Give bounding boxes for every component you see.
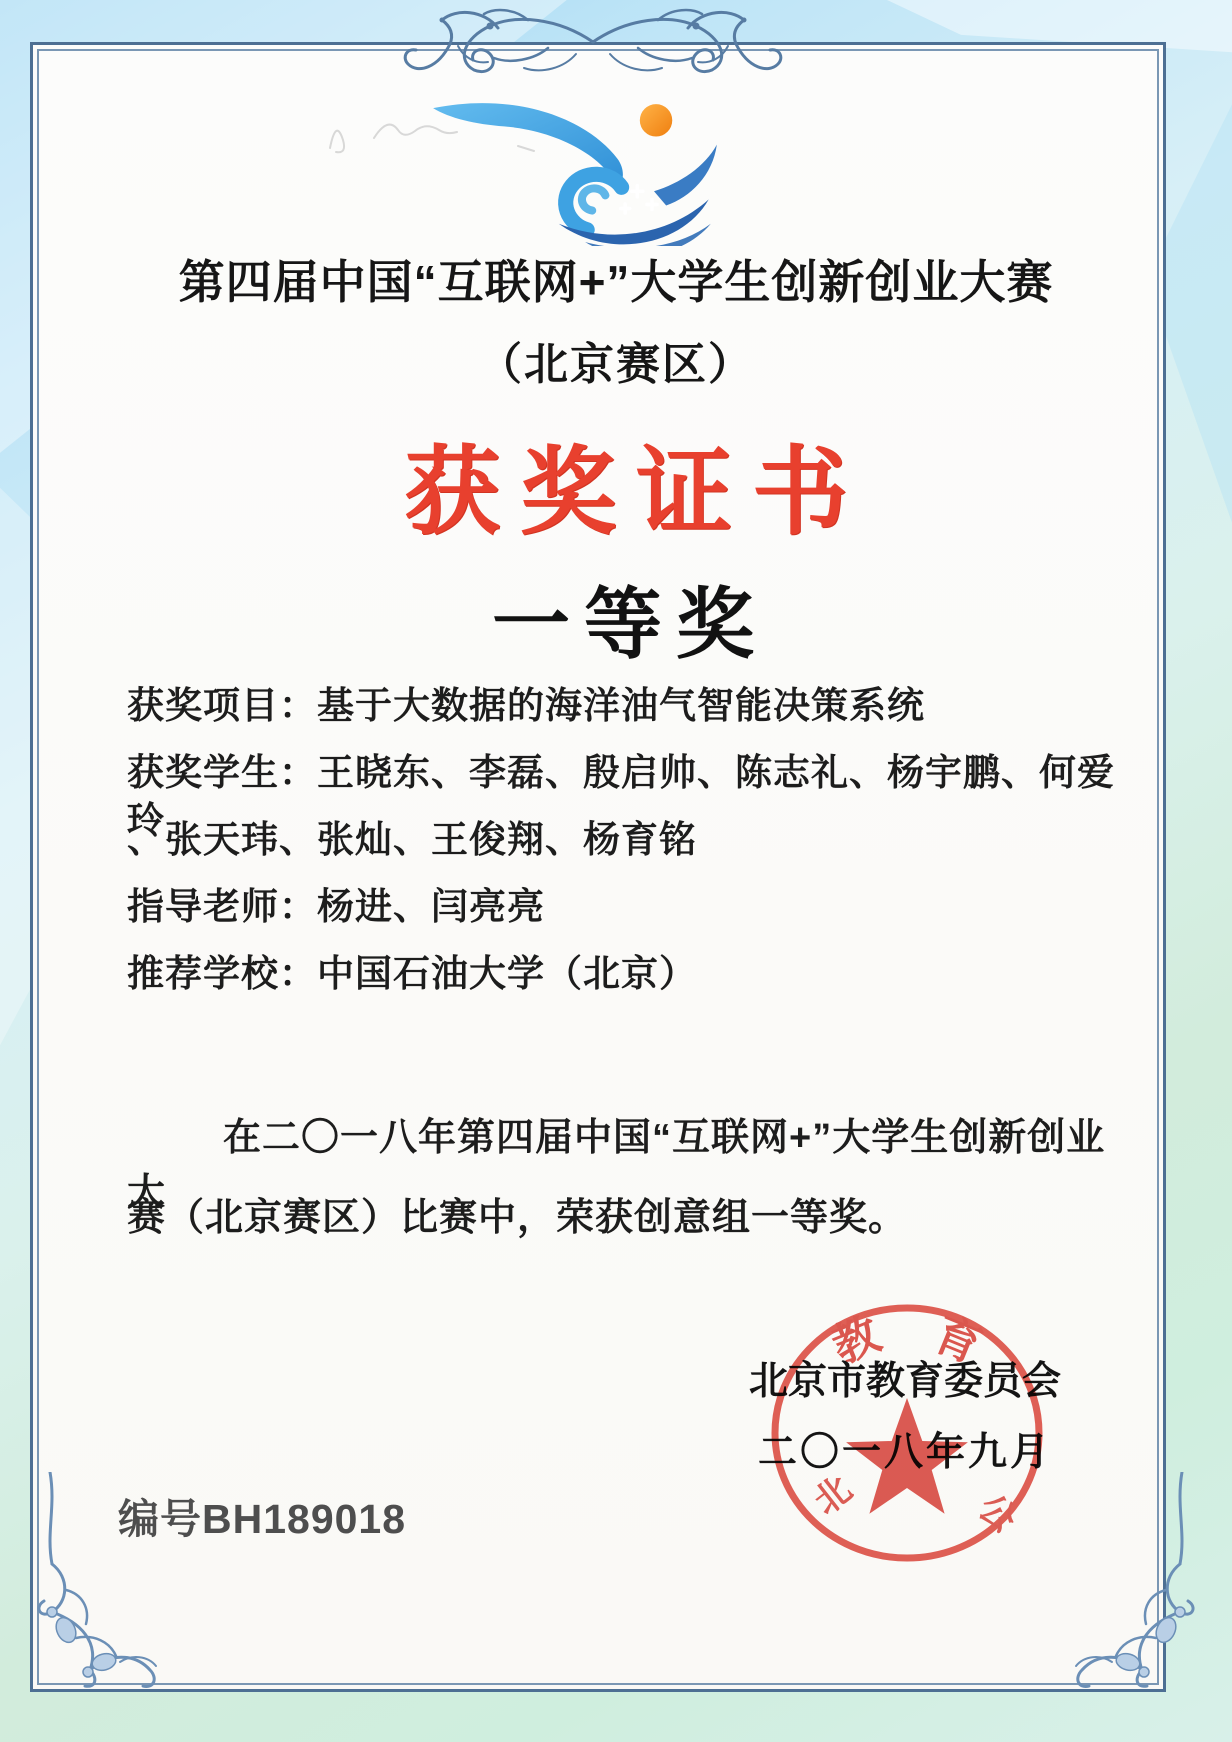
advisors-line: 指导老师：杨进、闫亮亮 xyxy=(127,883,1119,950)
award-students-line-1: 获奖学生：王晓东、李磊、殷启帅、陈志礼、杨宇鹏、何爱玲 xyxy=(127,749,1119,816)
internet-plus-competition-logo xyxy=(412,94,742,246)
top-scrollwork-ornament-icon xyxy=(398,6,788,86)
award-students-line-2: 、张天玮、张灿、王俊翔、杨育铭 xyxy=(127,816,1119,883)
citation-paragraph-line-2: 赛（北京赛区）比赛中，荣获创意组一等奖。 xyxy=(127,1186,1127,1241)
competition-region-subtitle: （北京赛区） xyxy=(60,328,1172,392)
logo-wave-upper xyxy=(654,145,717,206)
award-project-line: 获奖项目：基于大数据的海洋油气智能决策系统 xyxy=(127,682,1119,749)
certificate-serial-number: 编号BH189018 xyxy=(118,1486,406,1545)
certificate-scan: { "certificate": { "title_line1": "第四届中国… xyxy=(0,0,1232,1742)
issuer-name: 北京市教育委员会 xyxy=(735,1350,1075,1406)
logo-spiral xyxy=(566,174,622,229)
recommending-school-line: 推荐学校：中国石油大学（北京） xyxy=(127,950,1119,1017)
certificate-heading: 获奖证书 xyxy=(60,416,1192,553)
prize-level: 一等奖 xyxy=(60,562,1186,674)
issue-date: 二〇一八年九月 xyxy=(735,1421,1075,1477)
competition-title: 第四届中国“互联网+”大学生创新创业大赛 xyxy=(60,246,1172,312)
award-info-block: 获奖项目：基于大数据的海洋油气智能决策系统 获奖学生：王晓东、李磊、殷启帅、陈志… xyxy=(127,682,1119,1017)
logo-spiral-inner xyxy=(582,188,605,210)
logo-sun-icon xyxy=(640,104,672,136)
corner-flourish-icon xyxy=(1026,1472,1196,1697)
